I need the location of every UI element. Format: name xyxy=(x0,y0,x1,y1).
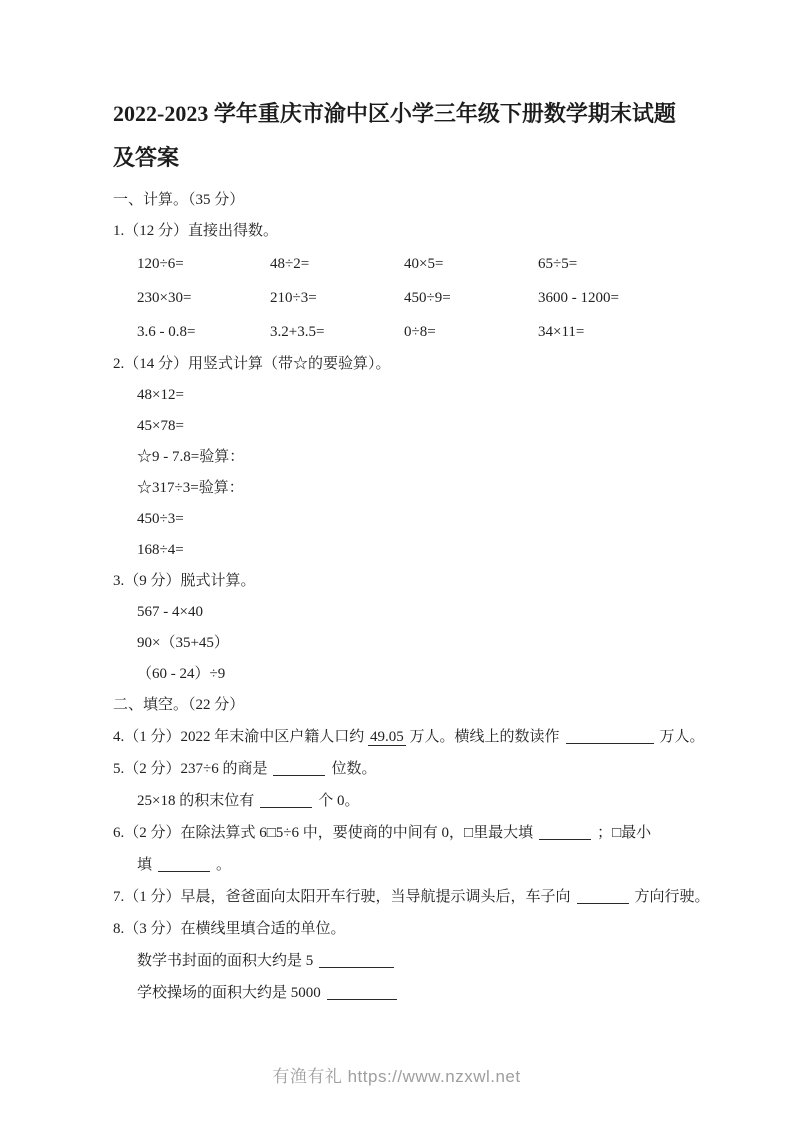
question-5-text-post: 位数。 xyxy=(331,761,376,777)
exam-title: 2022-2023 学年重庆市渝中区小学三年级下册数学期末试题 及答案 xyxy=(113,92,691,180)
question-4-text-pre: 4.（1 分）2022 年末渝中区户籍人口约 xyxy=(113,729,368,745)
math-expression: ☆9 - 7.8=验算： xyxy=(113,442,691,473)
question-1-problem-grid: 120÷6= 48÷2= 40×5= 65÷5= 230×30= 210÷3= … xyxy=(113,247,691,349)
math-expression: 3600 - 1200= xyxy=(538,281,691,315)
fill-blank-line xyxy=(319,965,394,968)
underlined-number: 49.05 xyxy=(368,729,406,746)
math-expression: 3.2+3.5= xyxy=(270,315,404,349)
question-8-label: 8.（3 分）在横线里填合适的单位。 xyxy=(113,913,691,945)
question-5-line-2: 25×18 的积末位有个 0。 xyxy=(113,785,691,817)
math-expression: ☆317÷3=验算： xyxy=(113,473,691,504)
math-expression: 34×11= xyxy=(538,315,691,349)
question-8-line-2-text: 学校操场的面积大约是 5000 xyxy=(137,985,321,1001)
fill-blank-line xyxy=(539,837,591,840)
question-6-text-pre: 6.（2 分）在除法算式 6□5÷6 中，要使商的中间有 0，□里最大填 xyxy=(113,825,533,841)
question-6-line-2-text-pre: 填 xyxy=(137,857,152,873)
section-2-heading: 二、填空。（22 分） xyxy=(113,690,691,721)
question-7-text-pre: 7.（1 分）早晨，爸爸面向太阳开车行驶，当导航提示调头后，车子向 xyxy=(113,889,571,905)
fill-blank-line xyxy=(327,997,397,1000)
math-expression: 230×30= xyxy=(137,281,270,315)
math-expression: 48÷2= xyxy=(270,247,404,281)
math-expression: 567 - 4×40 xyxy=(113,597,691,628)
question-7-text-post: 方向行驶。 xyxy=(635,889,710,905)
exam-document-page: 2022-2023 学年重庆市渝中区小学三年级下册数学期末试题 及答案 一、计算… xyxy=(0,0,793,1122)
fill-blank-line xyxy=(577,901,629,904)
math-expression: 0÷8= xyxy=(404,315,538,349)
question-2-label: 2.（14 分）用竖式计算（带☆的要验算）。 xyxy=(113,349,691,380)
math-expression: 90×（35+45） xyxy=(113,628,691,659)
question-3-label: 3.（9 分）脱式计算。 xyxy=(113,566,691,597)
question-8-line-1-text: 数学书封面的面积大约是 5 xyxy=(137,953,313,969)
section-1-heading: 一、计算。（35 分） xyxy=(113,185,691,216)
question-4: 4.（1 分）2022 年末渝中区户籍人口约 49.05 万人。横线上的数读作万… xyxy=(113,721,691,753)
question-6-text-post: ；□最小 xyxy=(597,825,651,841)
exam-title-line-1: 2022-2023 学年重庆市渝中区小学三年级下册数学期末试题 xyxy=(113,92,691,136)
question-6-line-2-text-post: 。 xyxy=(216,857,231,873)
math-expression: 210÷3= xyxy=(270,281,404,315)
math-expression: 3.6 - 0.8= xyxy=(137,315,270,349)
question-8-line-1: 数学书封面的面积大约是 5 xyxy=(113,945,691,977)
math-expression: （60 - 24）÷9 xyxy=(113,659,691,690)
math-expression: 120÷6= xyxy=(137,247,270,281)
question-1-label: 1.（12 分）直接出得数。 xyxy=(113,216,691,247)
site-watermark: 有渔有礼 https://www.nzxwl.net xyxy=(0,1062,793,1087)
question-6-line-1: 6.（2 分）在除法算式 6□5÷6 中，要使商的中间有 0，□里最大填；□最小 xyxy=(113,817,691,849)
document-content: 2022-2023 学年重庆市渝中区小学三年级下册数学期末试题 及答案 一、计算… xyxy=(113,92,691,1009)
fill-blank-line xyxy=(566,741,654,744)
math-expression: 450÷3= xyxy=(113,504,691,535)
math-expression: 168÷4= xyxy=(113,535,691,566)
question-5-line-2-text-post: 个 0。 xyxy=(318,793,359,809)
question-7: 7.（1 分）早晨，爸爸面向太阳开车行驶，当导航提示调头后，车子向方向行驶。 xyxy=(113,881,691,913)
question-5-line-1: 5.（2 分）237÷6 的商是位数。 xyxy=(113,753,691,785)
exam-title-line-2: 及答案 xyxy=(113,136,691,180)
question-8-line-2: 学校操场的面积大约是 5000 xyxy=(113,977,691,1009)
fill-blank-line xyxy=(260,805,312,808)
question-4-text-mid: 万人。横线上的数读作 xyxy=(406,729,560,745)
question-4-text-post: 万人。 xyxy=(660,729,705,745)
math-expression: 40×5= xyxy=(404,247,538,281)
math-expression: 450÷9= xyxy=(404,281,538,315)
question-6-line-2: 填。 xyxy=(113,849,691,881)
math-expression: 48×12= xyxy=(113,380,691,411)
question-5-text-pre: 5.（2 分）237÷6 的商是 xyxy=(113,761,267,777)
fill-blank-line xyxy=(273,773,325,776)
fill-blank-line xyxy=(158,869,210,872)
question-5-line-2-text-pre: 25×18 的积末位有 xyxy=(137,793,254,809)
math-expression: 45×78= xyxy=(113,411,691,442)
math-expression: 65÷5= xyxy=(538,247,691,281)
